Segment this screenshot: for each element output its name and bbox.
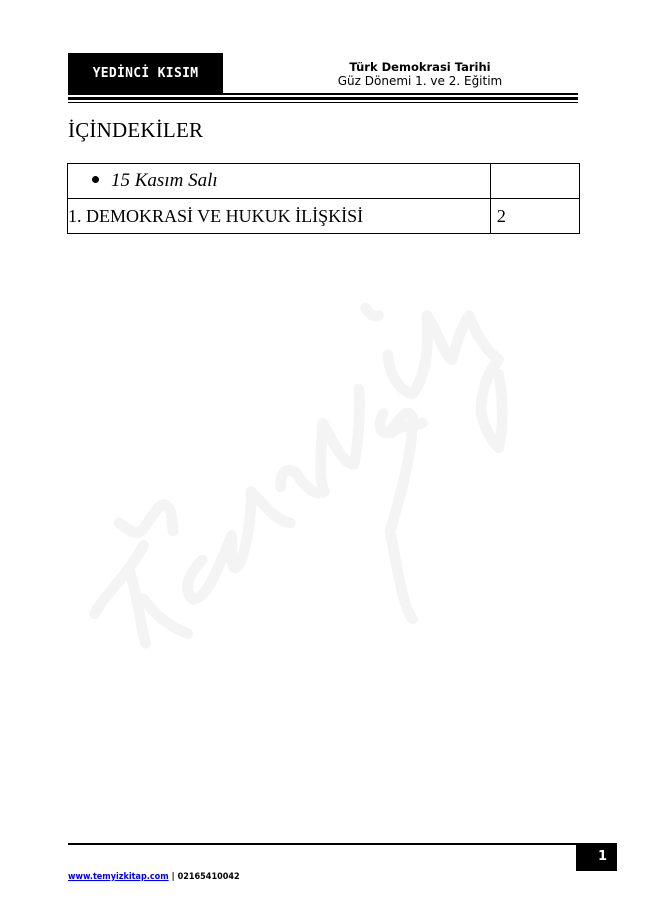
page-number: 1	[598, 849, 607, 864]
bullet-icon	[92, 176, 99, 183]
header-rule-middle	[68, 97, 578, 100]
toc-heading: İÇİNDEKİLER	[68, 118, 203, 143]
toc-page-cell	[490, 164, 579, 199]
toc-row: 15 Kasım Salı	[68, 164, 580, 199]
header-rule-top	[68, 93, 578, 95]
toc-table: 15 Kasım Salı 1. DEMOKRASİ VE HUKUK İLİŞ…	[67, 163, 580, 234]
toc-page-number: 2	[490, 199, 579, 234]
website-link[interactable]: www.temyizkitap.com	[68, 872, 169, 882]
document-title: Türk Demokrasi Tarihi	[290, 60, 550, 74]
section-label: YEDİNCİ KISIM	[68, 66, 223, 81]
document-subtitle: Güz Dönemi 1. ve 2. Eğitim	[290, 74, 550, 89]
toc-row: 1. DEMOKRASİ VE HUKUK İLİŞKİSİ 2	[68, 199, 580, 234]
page-number-box: 1	[576, 843, 617, 871]
toc-date[interactable]: 15 Kasım Salı	[111, 170, 218, 191]
section-label-box: YEDİNCİ KISIM	[68, 53, 223, 93]
watermark-signature-icon	[85, 292, 525, 662]
header-rule-bottom	[68, 102, 578, 103]
toc-section-title[interactable]: 1. DEMOKRASİ VE HUKUK İLİŞKİSİ	[68, 199, 491, 234]
toc-date-cell: 15 Kasım Salı	[68, 164, 491, 199]
footer-separator: |	[172, 872, 175, 882]
phone-number: 02165410042	[178, 872, 240, 882]
footer-rule	[68, 843, 578, 845]
footer-info: www.temyizkitap.com|02165410042	[68, 872, 240, 882]
header-titles: Türk Demokrasi Tarihi Güz Dönemi 1. ve 2…	[290, 60, 550, 89]
